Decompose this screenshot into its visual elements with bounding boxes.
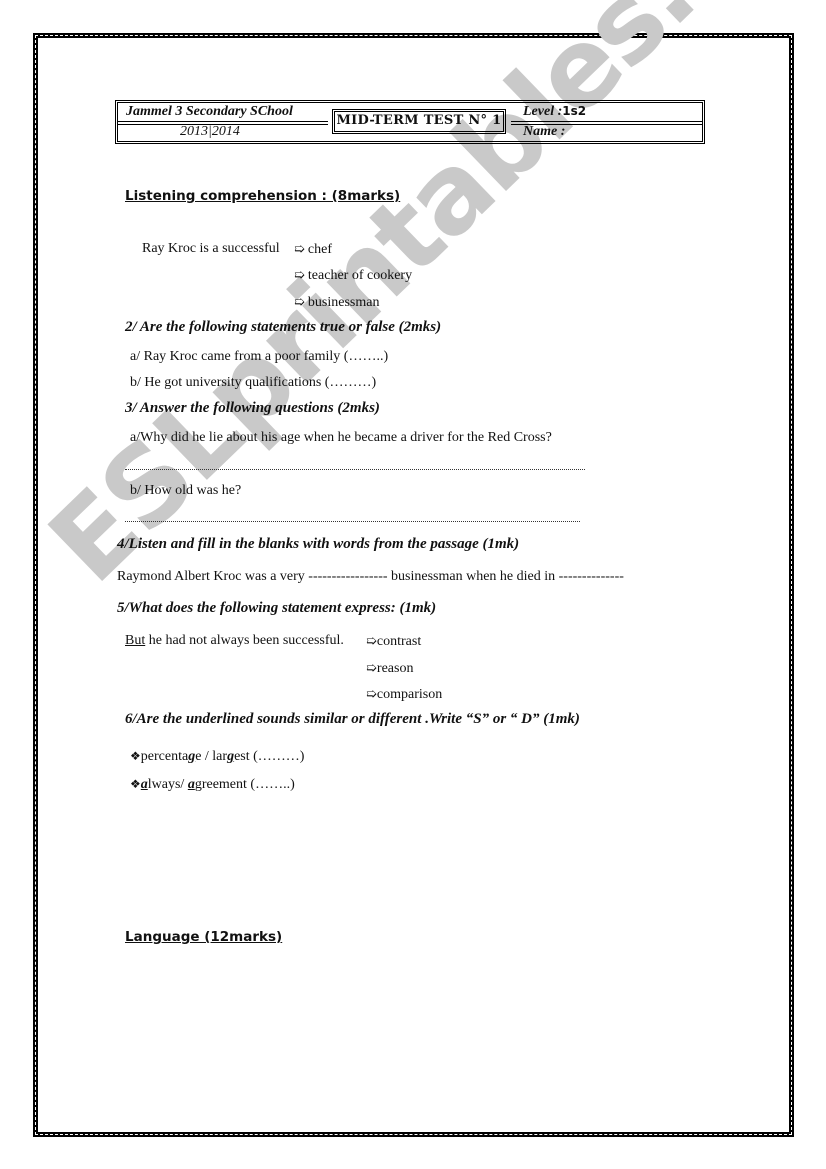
- q3-item-a: a/Why did he lie about his age when he b…: [130, 430, 552, 446]
- q4-sentence[interactable]: Raymond Albert Kroc was a very ---------…: [117, 569, 624, 585]
- school-name: Jammel 3 Secondary SChool: [126, 104, 293, 120]
- q5-statement: But he had not always been successful.: [125, 633, 344, 649]
- school-year: 2013|2014: [180, 124, 240, 140]
- q1-option-2[interactable]: ➯teacher of cookery: [294, 267, 412, 284]
- q5-option-2[interactable]: ➯reason: [366, 660, 413, 677]
- q6-item-2[interactable]: ❖always/ agreement (……..): [130, 777, 295, 793]
- q5-option-3[interactable]: ➯comparison: [366, 686, 442, 703]
- language-heading: Language (12marks): [125, 929, 282, 945]
- q3-item-b: b/ How old was he?: [130, 483, 241, 499]
- test-sheet: Jammel 3 Secondary SChool 2013|2014 MID-…: [0, 0, 826, 1169]
- q3-answer-line-b[interactable]: [125, 521, 580, 522]
- q2-item-b[interactable]: b/ He got university qualifications (…………: [130, 375, 376, 391]
- q5-option-1[interactable]: ➯contrast: [366, 633, 421, 650]
- arrow-bullet-icon: ➯: [294, 241, 305, 256]
- q2-title: 2/ Are the following statements true or …: [125, 319, 441, 336]
- q3-answer-line-a[interactable]: [125, 469, 585, 470]
- q2-item-a[interactable]: a/ Ray Kroc came from a poor family (…….…: [130, 349, 388, 365]
- q1-option-3[interactable]: ➯businessman: [294, 294, 379, 311]
- q6-title: 6/Are the underlined sounds similar or d…: [125, 711, 580, 728]
- level-field: Level :1s2: [523, 104, 586, 120]
- test-title: MID-TERM TEST N° 1: [332, 109, 506, 134]
- q5-title: 5/What does the following statement expr…: [117, 600, 436, 617]
- q3-title: 3/ Answer the following questions (2mks): [125, 400, 380, 417]
- arrow-bullet-icon: ➯: [366, 660, 377, 675]
- header-box: Jammel 3 Secondary SChool 2013|2014 MID-…: [115, 100, 705, 144]
- arrow-bullet-icon: ➯: [366, 686, 377, 701]
- q1-option-1[interactable]: ➯chef: [294, 241, 332, 258]
- level-value: 1s2: [562, 104, 586, 118]
- q6-item-1[interactable]: ❖percentage / largest (………): [130, 749, 304, 765]
- level-label: Level :: [523, 104, 562, 119]
- diamond-bullet-icon: ❖: [130, 749, 141, 763]
- listening-heading: Listening comprehension : (8marks): [125, 188, 400, 204]
- arrow-bullet-icon: ➯: [294, 294, 305, 309]
- arrow-bullet-icon: ➯: [294, 267, 305, 282]
- q4-title: 4/Listen and fill in the blanks with wor…: [117, 536, 519, 553]
- diamond-bullet-icon: ❖: [130, 777, 141, 791]
- name-field[interactable]: Name :: [523, 124, 565, 140]
- q1-stem: Ray Kroc is a successful: [142, 241, 280, 257]
- arrow-bullet-icon: ➯: [366, 633, 377, 648]
